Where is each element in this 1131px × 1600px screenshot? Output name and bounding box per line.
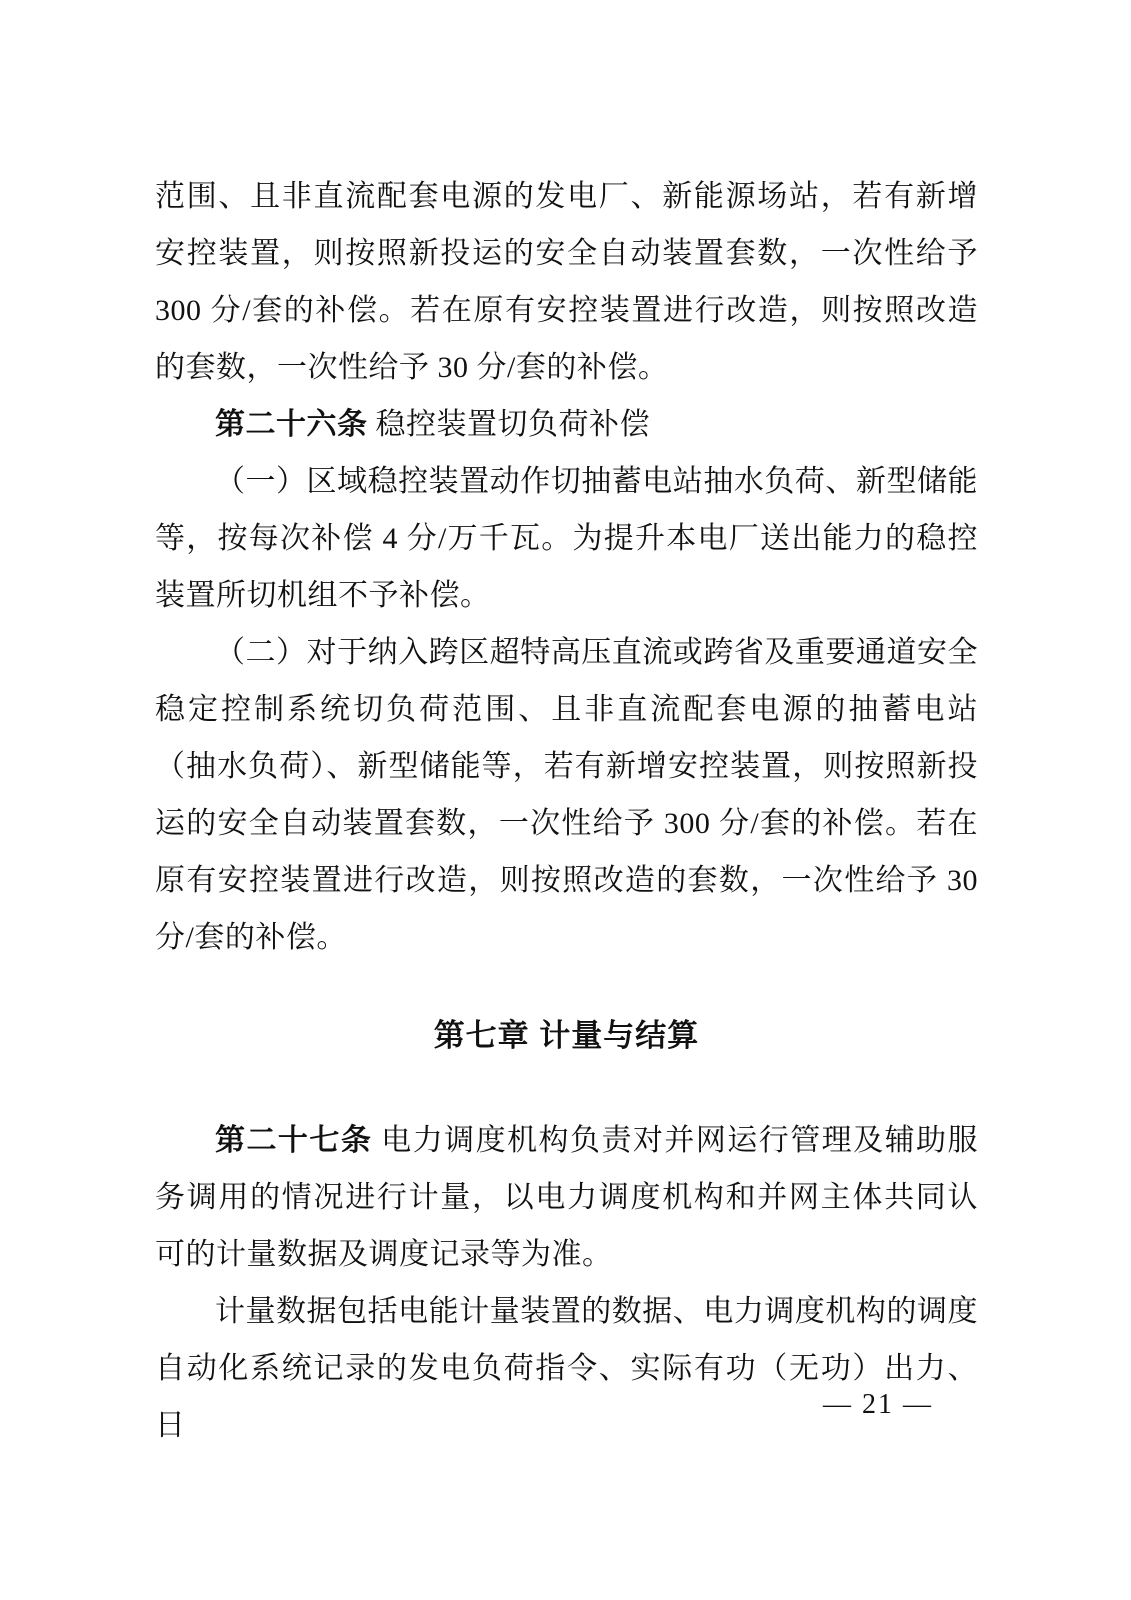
document-page: { "page": { "background_color": "#ffffff… — [0, 0, 1131, 1600]
paragraph: 第二十七条 电力调度机构负责对并网运行管理及辅助服务调用的情况进行计量，以电力调… — [155, 1112, 978, 1283]
page-number: — 21 — — [823, 1388, 933, 1422]
paragraph: 计量数据包括电能计量装置的数据、电力调度机构的调度自动化系统记录的发电负荷指令、… — [155, 1283, 978, 1454]
paragraph: （一）区域稳控装置动作切抽蓄电站抽水负荷、新型储能等，按每次补偿 4 分/万千瓦… — [155, 453, 978, 624]
chapter-heading: 第七章 计量与结算 — [155, 1016, 978, 1056]
text-run: 范围、且非直流配套电源的发电厂、新能源场站，若有新增安控装置，则按照新投运的安全… — [155, 180, 978, 384]
text-run: 稳控装置切负荷补偿 — [368, 408, 651, 441]
text-run: （二）对于纳入跨区超特高压直流或跨省及重要通道安全稳定控制系统切负荷范围、且非直… — [155, 636, 978, 954]
article-number: 第二十六条 — [215, 408, 368, 441]
paragraph: 第二十六条 稳控装置切负荷补偿 — [155, 396, 978, 453]
page: 范围、且非直流配套电源的发电厂、新能源场站，若有新增安控装置，则按照新投运的安全… — [0, 0, 1131, 1600]
paragraph: （二）对于纳入跨区超特高压直流或跨省及重要通道安全稳定控制系统切负荷范围、且非直… — [155, 624, 978, 966]
text-run: （一）区域稳控装置动作切抽蓄电站抽水负荷、新型储能等，按每次补偿 4 分/万千瓦… — [155, 465, 978, 612]
article-number: 第二十七条 — [215, 1124, 372, 1157]
paragraph: 范围、且非直流配套电源的发电厂、新能源场站，若有新增安控装置，则按照新投运的安全… — [155, 168, 978, 396]
page-body: 范围、且非直流配套电源的发电厂、新能源场站，若有新增安控装置，则按照新投运的安全… — [155, 168, 978, 1454]
